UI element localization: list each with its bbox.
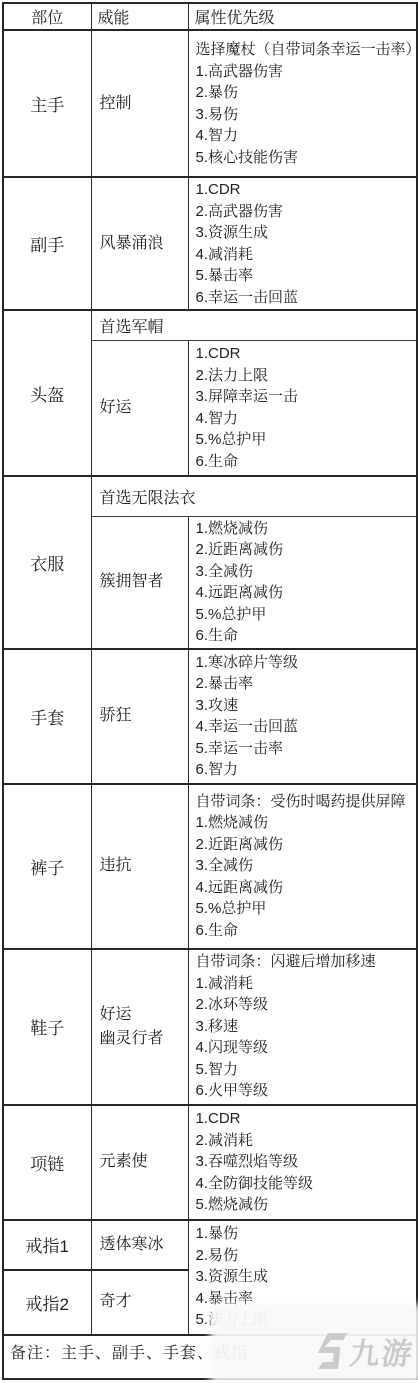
part-label: 主手 bbox=[3, 30, 91, 177]
part-label: 副手 bbox=[3, 177, 91, 310]
power-label: 簇拥智者 bbox=[91, 516, 188, 649]
priority-item: 1.CDR bbox=[196, 1108, 411, 1130]
table-row: 副手 风暴涌浪 1.CDR 2.高武器伤害 3.资源生成 4.减消耗 5.暴击率… bbox=[3, 177, 417, 310]
priority-item: 3.移速 bbox=[196, 1016, 411, 1038]
priority-item: 5.智力 bbox=[196, 1059, 411, 1081]
priority-item: 2.暴击率 bbox=[196, 673, 411, 695]
part-label: 衣服 bbox=[3, 476, 91, 649]
part-label: 裤子 bbox=[3, 784, 91, 949]
table-row: 项链 元素使 1.CDR 2.减消耗 3.吞噬烈焰等级 4.全防御技能等级 5.… bbox=[3, 1105, 417, 1220]
priority-cell: 自带词条：受伤时喝药提供屏障 1.燃烧减伤 2.近距离减伤 3.全减伤 4.远距… bbox=[188, 784, 417, 949]
priority-item: 2.减消耗 bbox=[196, 1130, 411, 1152]
priority-item: 6.生命 bbox=[196, 625, 411, 647]
part-label: 项链 bbox=[3, 1105, 91, 1220]
priority-item: 2.近距离减伤 bbox=[196, 834, 411, 856]
watermark-text: 九游 bbox=[348, 1329, 417, 1373]
priority-item: 3.资源生成 bbox=[196, 222, 411, 244]
power-label: 元素使 bbox=[91, 1105, 188, 1220]
gear-priority-table: 部位 威能 属性优先级 主手 控制 选择魔杖（自带词条幸运一击率） 1.高武器伤… bbox=[2, 2, 418, 1380]
power-label: 骄狂 bbox=[91, 649, 188, 784]
watermark: 九游 bbox=[314, 1329, 417, 1373]
power-line: 好运 bbox=[100, 396, 182, 420]
jiuyou-logo-icon bbox=[314, 1333, 348, 1369]
priority-item: 4.远距离减伤 bbox=[196, 877, 411, 899]
priority-preface: 自带词条：闪避后增加移速 bbox=[196, 951, 411, 973]
power-line: 好运 bbox=[100, 1003, 182, 1027]
power-label: 奇才 bbox=[91, 1270, 188, 1335]
priority-item: 1.减消耗 bbox=[196, 973, 411, 995]
table-row: 衣服 首选无限法衣 bbox=[3, 476, 417, 516]
priority-cell: 1.CDR 2.减消耗 3.吞噬烈焰等级 4.全防御技能等级 5.燃烧减伤 bbox=[188, 1105, 417, 1220]
priority-item: 3.攻速 bbox=[196, 695, 411, 717]
power-label: 好运 幽灵行者 bbox=[91, 949, 188, 1105]
priority-item: 4.幸运一击回蓝 bbox=[196, 716, 411, 738]
priority-item: 4.智力 bbox=[196, 125, 411, 147]
power-line: 风暴涌浪 bbox=[100, 232, 182, 256]
priority-item: 5.核心技能伤害 bbox=[196, 147, 411, 169]
priority-cell: 1.CDR 2.法力上限 3.屏障幸运一击 4.智力 5.%总护甲 6.生命 bbox=[188, 340, 417, 476]
part-label: 头盔 bbox=[3, 310, 91, 476]
priority-item: 4.减消耗 bbox=[196, 244, 411, 266]
power-line: 控制 bbox=[100, 92, 182, 116]
priority-item: 3.全减伤 bbox=[196, 561, 411, 583]
priority-item: 3.吞噬烈焰等级 bbox=[196, 1151, 411, 1173]
priority-item: 5.%总护甲 bbox=[196, 898, 411, 920]
part-label: 戒指2 bbox=[3, 1270, 91, 1335]
table-row: 鞋子 好运 幽灵行者 自带词条：闪避后增加移速 1.减消耗 2.冰环等级 3.移… bbox=[3, 949, 417, 1105]
table-row: 裤子 违抗 自带词条：受伤时喝药提供屏障 1.燃烧减伤 2.近距离减伤 3.全减… bbox=[3, 784, 417, 949]
priority-item: 6.生命 bbox=[196, 451, 411, 473]
priority-item: 2.近距离减伤 bbox=[196, 539, 411, 561]
priority-cell: 自带词条：闪避后增加移速 1.减消耗 2.冰环等级 3.移速 4.闪现等级 5.… bbox=[188, 949, 417, 1105]
part-label: 鞋子 bbox=[3, 949, 91, 1105]
priority-item: 1.CDR bbox=[196, 179, 411, 201]
header-power: 威能 bbox=[91, 3, 188, 30]
power-label: 好运 bbox=[91, 340, 188, 476]
header-priority: 属性优先级 bbox=[188, 3, 417, 30]
priority-item: 3.屏障幸运一击 bbox=[196, 386, 411, 408]
table-row: 手套 骄狂 1.寒冰碎片等级 2.暴击率 3.攻速 4.幸运一击回蓝 5.幸运一… bbox=[3, 649, 417, 784]
table-header-row: 部位 威能 属性优先级 bbox=[3, 3, 417, 30]
priority-preface: 选择魔杖（自带词条幸运一击率） bbox=[196, 39, 411, 61]
page: 部位 威能 属性优先级 主手 控制 选择魔杖（自带词条幸运一击率） 1.高武器伤… bbox=[0, 0, 418, 1383]
priority-item: 6.生命 bbox=[196, 920, 411, 942]
table-row: 主手 控制 选择魔杖（自带词条幸运一击率） 1.高武器伤害 2.暴伤 3.易伤 … bbox=[3, 30, 417, 177]
priority-cell: 1.寒冰碎片等级 2.暴击率 3.攻速 4.幸运一击回蓝 5.幸运一击率 6.智… bbox=[188, 649, 417, 784]
priority-item: 4.智力 bbox=[196, 408, 411, 430]
part-label: 手套 bbox=[3, 649, 91, 784]
priority-item: 2.易伤 bbox=[196, 1245, 411, 1267]
power-line: 奇才 bbox=[100, 1290, 182, 1314]
table-row: 头盔 首选军帽 bbox=[3, 310, 417, 340]
priority-item: 1.高武器伤害 bbox=[196, 61, 411, 83]
priority-item: 1.暴伤 bbox=[196, 1223, 411, 1245]
power-line: 簇拥智者 bbox=[100, 570, 182, 594]
preferred-item-label: 首选无限法衣 bbox=[91, 476, 417, 516]
priority-item: 1.CDR bbox=[196, 343, 411, 365]
priority-cell: 1.CDR 2.高武器伤害 3.资源生成 4.减消耗 5.暴击率 6.幸运一击回… bbox=[188, 177, 417, 310]
priority-item: 4.远距离减伤 bbox=[196, 582, 411, 604]
priority-preface: 自带词条：受伤时喝药提供屏障 bbox=[196, 791, 411, 813]
part-label: 戒指1 bbox=[3, 1220, 91, 1270]
header-part: 部位 bbox=[3, 3, 91, 30]
table-row: 戒指1 透体寒冰 1.暴伤 2.易伤 3.资源生成 4.暴击率 5.法力上限 bbox=[3, 1220, 417, 1270]
power-line: 透体寒冰 bbox=[100, 1233, 182, 1257]
priority-item: 1.燃烧减伤 bbox=[196, 812, 411, 834]
priority-item: 2.冰环等级 bbox=[196, 994, 411, 1016]
power-label: 控制 bbox=[91, 30, 188, 177]
priority-item: 5.燃烧减伤 bbox=[196, 1194, 411, 1216]
priority-item: 5.幸运一击率 bbox=[196, 738, 411, 760]
priority-item: 5.暴击率 bbox=[196, 265, 411, 287]
priority-item: 3.全减伤 bbox=[196, 855, 411, 877]
priority-item: 2.高武器伤害 bbox=[196, 201, 411, 223]
priority-item: 2.暴伤 bbox=[196, 82, 411, 104]
priority-cell: 1.燃烧减伤 2.近距离减伤 3.全减伤 4.远距离减伤 5.%总护甲 6.生命 bbox=[188, 516, 417, 649]
preferred-item-label: 首选军帽 bbox=[91, 310, 417, 340]
power-line: 骄狂 bbox=[100, 704, 182, 728]
power-label: 透体寒冰 bbox=[91, 1220, 188, 1270]
priority-item: 5.%总护甲 bbox=[196, 429, 411, 451]
priority-item: 6.智力 bbox=[196, 759, 411, 781]
priority-item: 4.全防御技能等级 bbox=[196, 1173, 411, 1195]
power-line: 元素使 bbox=[100, 1150, 182, 1174]
power-label: 风暴涌浪 bbox=[91, 177, 188, 310]
priority-item: 3.资源生成 bbox=[196, 1266, 411, 1288]
power-line: 违抗 bbox=[100, 854, 182, 878]
priority-item: 4.闪现等级 bbox=[196, 1037, 411, 1059]
priority-item: 3.易伤 bbox=[196, 104, 411, 126]
power-label: 违抗 bbox=[91, 784, 188, 949]
priority-item: 6.火甲等级 bbox=[196, 1080, 411, 1102]
priority-item: 2.法力上限 bbox=[196, 365, 411, 387]
priority-item: 6.幸运一击回蓝 bbox=[196, 287, 411, 309]
priority-item: 1.燃烧减伤 bbox=[196, 518, 411, 540]
priority-item: 5.%总护甲 bbox=[196, 604, 411, 626]
priority-item: 1.寒冰碎片等级 bbox=[196, 652, 411, 674]
power-line: 幽灵行者 bbox=[100, 1027, 182, 1051]
priority-cell: 选择魔杖（自带词条幸运一击率） 1.高武器伤害 2.暴伤 3.易伤 4.智力 5… bbox=[188, 30, 417, 177]
